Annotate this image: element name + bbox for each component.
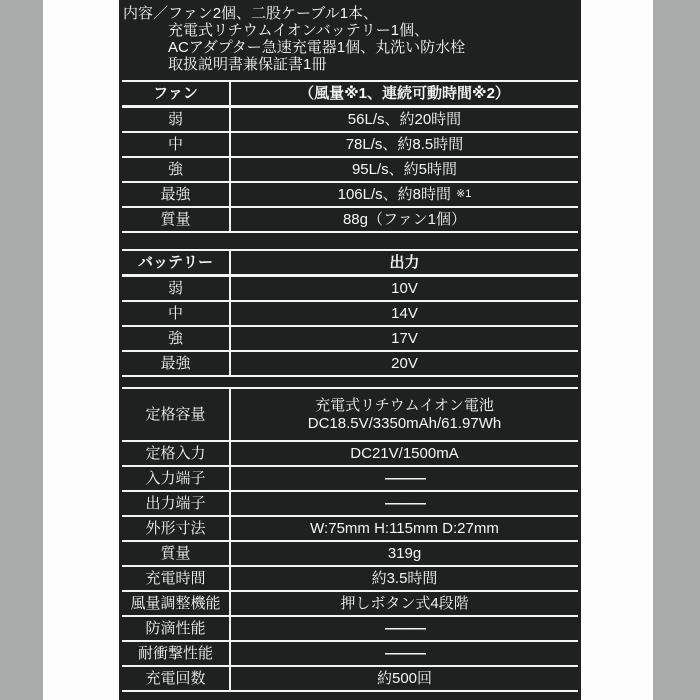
spec-row-label: 防滴性能 <box>122 617 231 640</box>
right-gray-strip <box>653 0 700 700</box>
table-row: 出力端子 ——— <box>122 492 578 517</box>
table-row: 防滴性能 ——— <box>122 617 578 642</box>
spec-row-value: 約3.5時間 <box>231 567 578 590</box>
spec-row-value: 充電式リチウムイオン電池 DC18.5V/3350mAh/61.97Wh <box>231 389 578 440</box>
table-row: 風量調整機能 押しボタン式4段階 <box>122 592 578 617</box>
spec-row-label: 定格入力 <box>122 442 231 465</box>
table-row: 最強 106L/s、約8時間 ※1 <box>122 183 578 208</box>
rated-capacity-line-2: DC18.5V/3350mAh/61.97Wh <box>308 415 501 433</box>
fan-table-header-value: （風量※1、連続可動時間※2） <box>231 82 578 105</box>
fan-row-value: 56L/s、約20時間 <box>231 108 578 131</box>
fan-row-label: 質量 <box>122 208 231 231</box>
battery-table-header-row: バッテリー 出力 <box>122 251 578 277</box>
table-row: 弱 56L/s、約20時間 <box>122 108 578 133</box>
battery-row-label: 最強 <box>122 352 231 375</box>
battery-table-header-value: 出力 <box>231 251 578 274</box>
fan-row-value: 88g（ファン1個） <box>231 208 578 231</box>
battery-detail-table: 定格容量 充電式リチウムイオン電池 DC18.5V/3350mAh/61.97W… <box>122 387 578 692</box>
battery-row-value: 10V <box>231 277 578 300</box>
table-row: 入力端子 ——— <box>122 467 578 492</box>
fan-row-value-text: 106L/s、約8時間 <box>338 186 451 204</box>
footnote-marker: ※1 <box>456 185 471 203</box>
table-row: 質量 319g <box>122 542 578 567</box>
left-gray-strip <box>0 0 43 700</box>
spec-panel: 内容／ ファン2個、二股ケーブル1本、 充電式リチウムイオンバッテリー1個、 A… <box>119 0 581 700</box>
spec-row-label: 耐衝撃性能 <box>122 642 231 665</box>
battery-row-label: 強 <box>122 327 231 350</box>
spec-sheet-page: 内容／ ファン2個、二股ケーブル1本、 充電式リチウムイオンバッテリー1個、 A… <box>0 0 700 700</box>
table-row: 充電回数 約500回 <box>122 667 578 692</box>
table-row: 強 95L/s、約5時間 <box>122 158 578 183</box>
spec-row-label: 質量 <box>122 542 231 565</box>
battery-row-value: 20V <box>231 352 578 375</box>
spec-row-value: 押しボタン式4段階 <box>231 592 578 615</box>
fan-table-header-row: ファン （風量※1、連続可動時間※2） <box>122 82 578 108</box>
table-row: 中 14V <box>122 302 578 327</box>
spec-row-value: 約500回 <box>231 667 578 690</box>
rated-capacity-value: 充電式リチウムイオン電池 DC18.5V/3350mAh/61.97Wh <box>308 397 501 433</box>
table-row: 外形寸法 W:75mm H:115mm D:27mm <box>122 517 578 542</box>
table-row: 中 78L/s、約8.5時間 <box>122 133 578 158</box>
table-row: 最強 20V <box>122 352 578 377</box>
table-row: 定格入力 DC21V/1500mA <box>122 442 578 467</box>
table-row: 充電時間 約3.5時間 <box>122 567 578 592</box>
fan-row-label: 中 <box>122 133 231 156</box>
spec-row-label: 風量調整機能 <box>122 592 231 615</box>
battery-row-label: 中 <box>122 302 231 325</box>
table-row: 定格容量 充電式リチウムイオン電池 DC18.5V/3350mAh/61.97W… <box>122 389 578 442</box>
spec-row-label: 入力端子 <box>122 467 231 490</box>
spec-row-value-dash: ——— <box>231 642 578 665</box>
spec-row-value: 319g <box>231 542 578 565</box>
fan-table-title: ファン <box>122 82 231 105</box>
contents-line-1: 内容／ ファン2個、二股ケーブル1本、 <box>123 5 577 22</box>
table-row: 弱 10V <box>122 277 578 302</box>
spec-row-label: 外形寸法 <box>122 517 231 540</box>
spec-row-value-dash: ——— <box>231 617 578 640</box>
table-row: 質量 88g（ファン1個） <box>122 208 578 233</box>
contents-label: 内容／ <box>123 5 168 22</box>
contents-line-2: 充電式リチウムイオンバッテリー1個、 <box>123 22 577 39</box>
table-row: 耐衝撃性能 ——— <box>122 642 578 667</box>
spec-row-label: 充電時間 <box>122 567 231 590</box>
fan-row-label: 強 <box>122 158 231 181</box>
battery-row-value: 17V <box>231 327 578 350</box>
fan-row-label: 最強 <box>122 183 231 206</box>
fan-row-value: 106L/s、約8時間 ※1 <box>231 183 578 206</box>
spec-row-value: W:75mm H:115mm D:27mm <box>231 517 578 540</box>
battery-row-value: 14V <box>231 302 578 325</box>
rated-capacity-line-1: 充電式リチウムイオン電池 <box>308 397 501 415</box>
spec-row-value-dash: ——— <box>231 467 578 490</box>
spec-row-label: 定格容量 <box>122 389 231 440</box>
fan-row-value: 95L/s、約5時間 <box>231 158 578 181</box>
spec-row-value-dash: ——— <box>231 492 578 515</box>
contents-line-3: ACアダプター急速充電器1個、丸洗い防水栓 <box>123 39 577 56</box>
contents-line-4: 取扱説明書兼保証書1冊 <box>123 56 577 73</box>
battery-table-title: バッテリー <box>122 251 231 274</box>
battery-row-label: 弱 <box>122 277 231 300</box>
fan-row-label: 弱 <box>122 108 231 131</box>
fan-spec-table: ファン （風量※1、連続可動時間※2） 弱 56L/s、約20時間 中 78L/… <box>122 80 578 233</box>
package-contents: 内容／ ファン2個、二股ケーブル1本、 充電式リチウムイオンバッテリー1個、 A… <box>119 0 581 73</box>
contents-line-1-text: ファン2個、二股ケーブル1本、 <box>168 5 378 22</box>
spec-row-value: DC21V/1500mA <box>231 442 578 465</box>
table-row: 強 17V <box>122 327 578 352</box>
battery-output-table: バッテリー 出力 弱 10V 中 14V 強 17V 最強 20V <box>122 249 578 377</box>
spec-row-label: 充電回数 <box>122 667 231 690</box>
spec-row-label: 出力端子 <box>122 492 231 515</box>
fan-row-value: 78L/s、約8.5時間 <box>231 133 578 156</box>
